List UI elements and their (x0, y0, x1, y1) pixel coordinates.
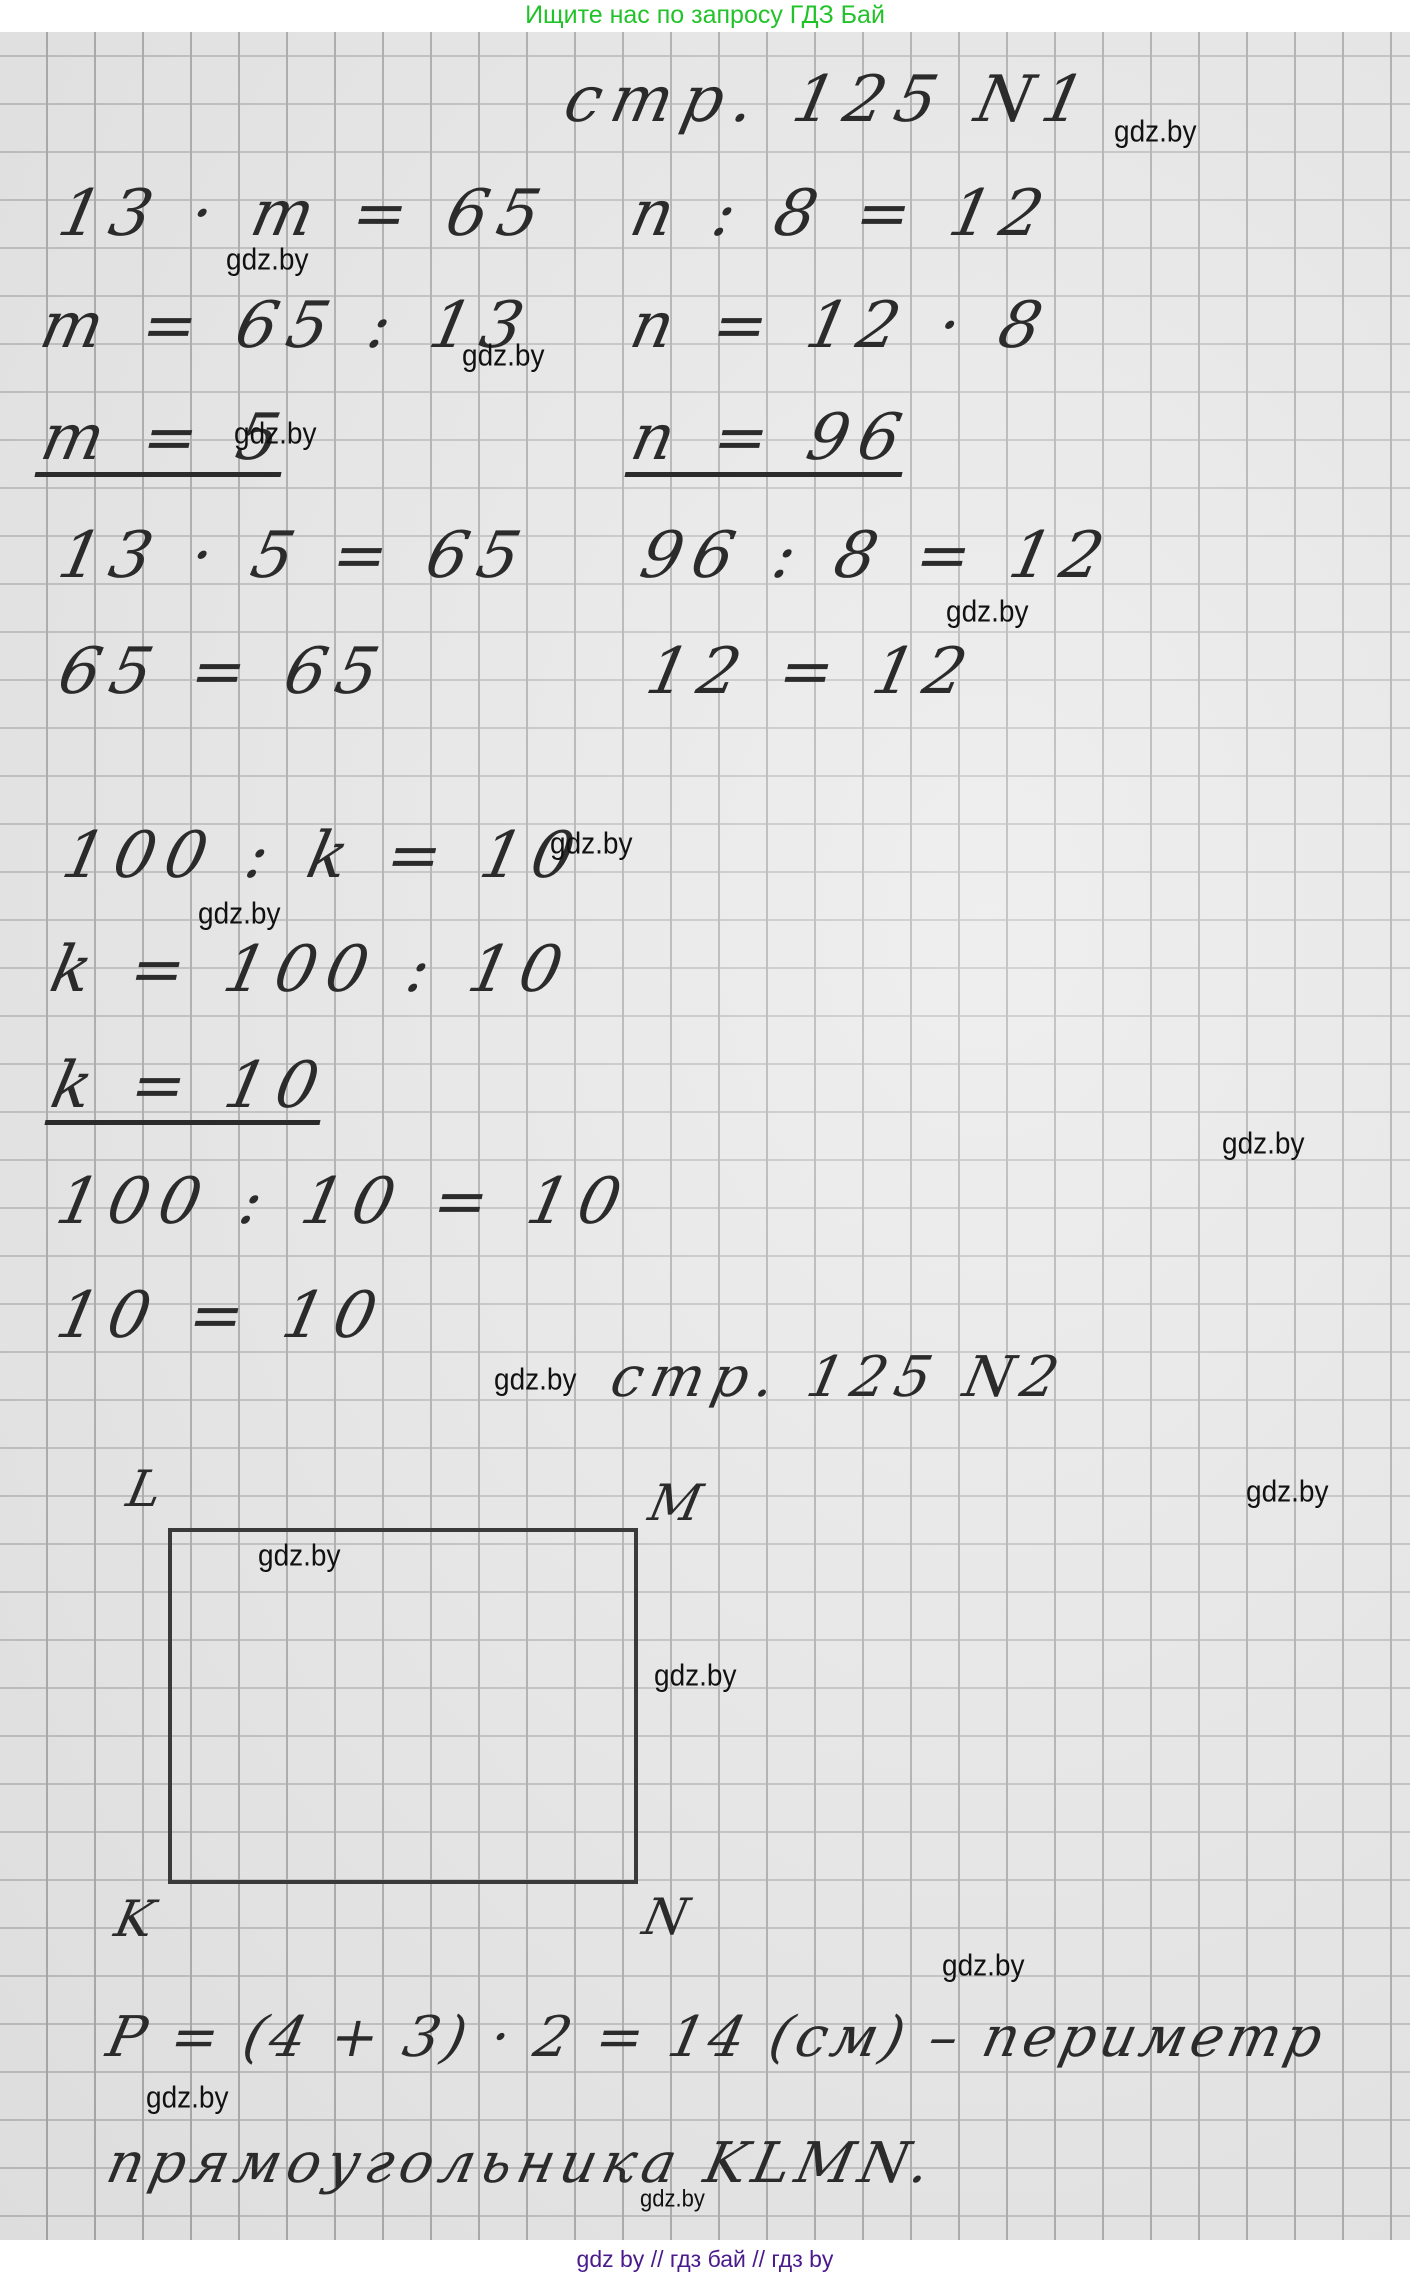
watermark: gdz.by (234, 419, 317, 449)
rectangle-klmn (168, 1528, 638, 1884)
equation-m-1: 13 · m = 65 (53, 182, 556, 246)
watermark: gdz.by (146, 2083, 229, 2113)
watermark: gdz.by (462, 341, 545, 371)
watermark: gdz.by (942, 1951, 1025, 1981)
vertex-label-m: M (645, 1478, 707, 1528)
task1-title: стр. 125 N1 (559, 68, 1100, 132)
equation-n-2: n = 12 · 8 (625, 294, 1057, 358)
vertex-label-l: L (123, 1464, 167, 1514)
equation-n-check: 96 : 8 = 12 (635, 524, 1119, 588)
equation-n-1: n : 8 = 12 (625, 182, 1059, 246)
equation-m-check: 13 · 5 = 65 (53, 524, 536, 588)
watermark: gdz.by (1114, 117, 1197, 147)
search-banner: Ищите нас по запросу ГДЗ Бай (0, 0, 1410, 32)
vertex-label-n: N (639, 1892, 693, 1942)
watermark: gdz.by (946, 597, 1029, 627)
equation-n-check-result: 12 = 12 (641, 640, 982, 704)
watermark: gdz.by (640, 2187, 705, 2211)
watermark: gdz.by (1246, 1477, 1329, 1507)
equation-k-check-result: 10 = 10 (51, 1284, 392, 1348)
equation-k-answer: k = 10 (44, 1054, 334, 1125)
equation-k-check: 100 : 10 = 10 (51, 1170, 636, 1234)
task2-title: стр. 125 N2 (606, 1350, 1071, 1406)
watermark: gdz.by (1222, 1129, 1305, 1159)
equation-k-1: 100 : k = 10 (57, 824, 590, 888)
watermark: gdz.by (654, 1661, 737, 1691)
perimeter-conclusion: прямоугольника KLMN. (102, 2136, 941, 2192)
perimeter-formula: P = (4 + 3) · 2 = 14 (см) – периметр (102, 2010, 1331, 2066)
watermark: gdz.by (198, 899, 281, 929)
site-footer: gdz by // гдз бай // гдз by (0, 2240, 1410, 2278)
watermark: gdz.by (550, 829, 633, 859)
equation-m-check-result: 65 = 65 (53, 640, 394, 704)
watermark: gdz.by (226, 245, 309, 275)
vertex-label-k: K (111, 1894, 159, 1944)
equation-k-2: k = 100 : 10 (45, 938, 578, 1002)
equation-n-answer: n = 96 (624, 406, 916, 477)
notebook-page: стр. 125 N1 13 · m = 65 m = 65 : 13 m = … (0, 32, 1410, 2240)
watermark: gdz.by (258, 1541, 341, 1571)
watermark: gdz.by (494, 1365, 577, 1395)
